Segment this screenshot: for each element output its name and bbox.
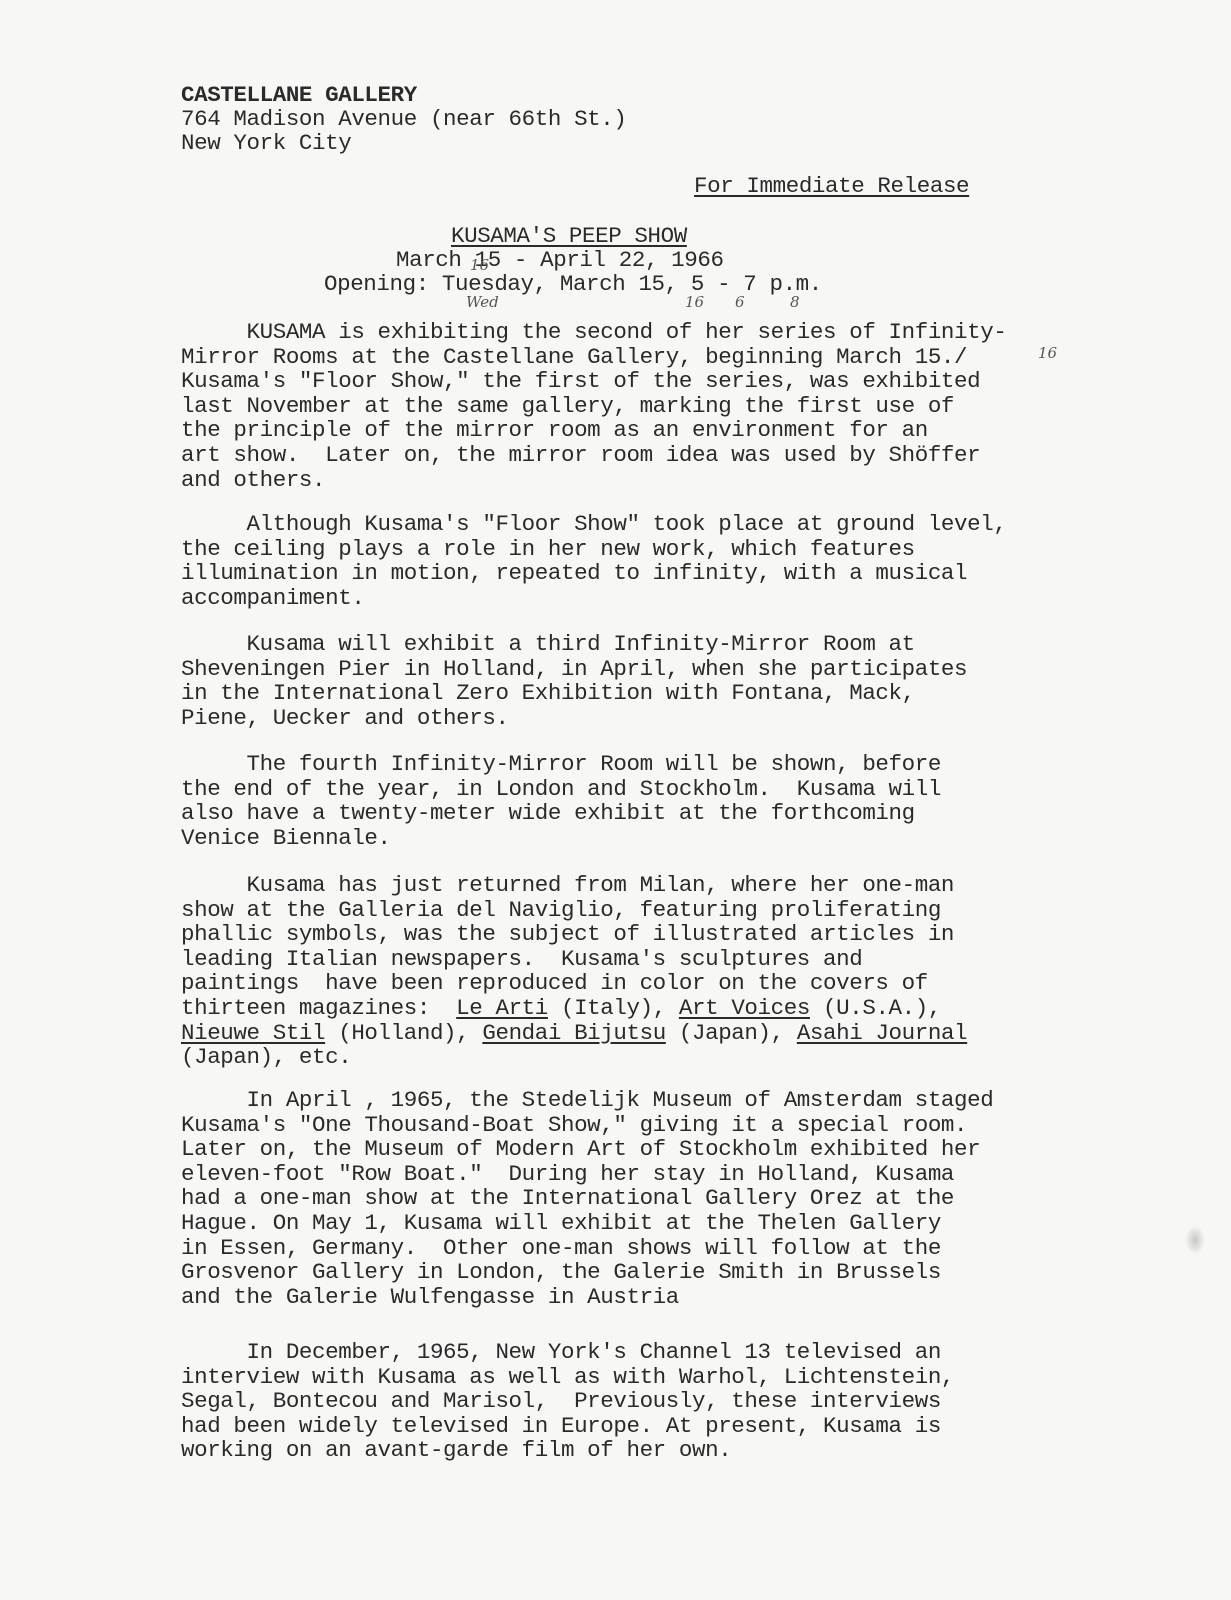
- text-line: Later on, the Museum of Modern Art of St…: [181, 1137, 993, 1162]
- text-line: The fourth Infinity-Mirror Room will be …: [181, 752, 941, 777]
- text-fragment: thirteen magazines:: [181, 995, 456, 1021]
- text-line: and others.: [181, 468, 1006, 493]
- text-line: interview with Kusama as well as with Wa…: [181, 1365, 954, 1390]
- magazine-title-art-voices: Art Voices: [679, 995, 810, 1021]
- paragraph-stedelijk: In April , 1965, the Stedelijk Museum of…: [181, 1088, 993, 1309]
- text-line: In December, 1965, New York's Channel 13…: [181, 1340, 954, 1365]
- text-line: the end of the year, in London and Stock…: [181, 777, 941, 802]
- release-label: For Immediate Release: [694, 174, 969, 199]
- text-line: Piene, Uecker and others.: [181, 706, 967, 731]
- text-line: also have a twenty-meter wide exhibit at…: [181, 801, 941, 826]
- text-fragment: (Japan),: [666, 1020, 797, 1046]
- text-line: Grosvenor Gallery in London, the Galerie…: [181, 1260, 993, 1285]
- opening-info: Opening: Tuesday, March 15, 5 - 7 p.m.: [324, 272, 822, 297]
- text-line: illumination in motion, repeated to infi…: [181, 561, 1006, 586]
- text-line: the ceiling plays a role in her new work…: [181, 537, 1006, 562]
- magazine-title-asahi-journal: Asahi Journal: [797, 1020, 967, 1046]
- gallery-city: New York City: [181, 131, 351, 156]
- text-line: Kusama's "Floor Show," the first of the …: [181, 369, 1006, 394]
- text-line: in the International Zero Exhibition wit…: [181, 681, 967, 706]
- text-line: working on an avant-garde film of her ow…: [181, 1438, 954, 1463]
- text-line: Kusama's "One Thousand-Boat Show," givin…: [181, 1113, 993, 1138]
- paragraph-milan: Kusama has just returned from Milan, whe…: [181, 873, 967, 1070]
- handwritten-correction-start-time: 6: [735, 293, 745, 311]
- text-line: KUSAMA is exhibiting the second of her s…: [181, 320, 1006, 345]
- text-line: had a one-man show at the International …: [181, 1186, 993, 1211]
- text-fragment: (Holland),: [325, 1020, 482, 1046]
- handwritten-correction-day: Wed: [466, 293, 499, 311]
- text-line: In April , 1965, the Stedelijk Museum of…: [181, 1088, 993, 1113]
- text-line: had been widely televised in Europe. At …: [181, 1414, 954, 1439]
- text-line: show at the Galleria del Naviglio, featu…: [181, 898, 967, 923]
- ink-smudge: [1185, 1225, 1205, 1255]
- text-fragment: (Italy),: [548, 995, 679, 1021]
- text-line: Segal, Bontecou and Marisol, Previously,…: [181, 1389, 954, 1414]
- text-line: (Japan), etc.: [181, 1045, 967, 1070]
- handwritten-correction-opening-date: 16: [685, 293, 704, 311]
- text-fragment: (U.S.A.),: [810, 995, 941, 1021]
- text-line: last November at the same gallery, marki…: [181, 394, 1006, 419]
- text-line: paintings have been reproduced in color …: [181, 971, 967, 996]
- text-line: accompaniment.: [181, 586, 1006, 611]
- text-line: the principle of the mirror room as an e…: [181, 418, 1006, 443]
- magazine-title-gendai-bijutsu: Gendai Bijutsu: [482, 1020, 665, 1046]
- text-line: phallic symbols, was the subject of illu…: [181, 922, 967, 947]
- paragraph-mirror-rooms: KUSAMA is exhibiting the second of her s…: [181, 320, 1006, 492]
- text-line: Mirror Rooms at the Castellane Gallery, …: [181, 345, 1006, 370]
- magazine-title-nieuwe-stil: Nieuwe Stil: [181, 1020, 325, 1046]
- text-line: Venice Biennale.: [181, 826, 941, 851]
- handwritten-correction-start-date: 16: [470, 256, 489, 274]
- paragraph-third-room: Kusama will exhibit a third Infinity-Mir…: [181, 632, 967, 730]
- gallery-name: CASTELLANE GALLERY: [181, 83, 417, 108]
- text-line: Kusama has just returned from Milan, whe…: [181, 873, 967, 898]
- handwritten-correction-body-date: 16: [1038, 344, 1057, 362]
- text-line: art show. Later on, the mirror room idea…: [181, 443, 1006, 468]
- text-line: Kusama will exhibit a third Infinity-Mir…: [181, 632, 967, 657]
- gallery-address: 764 Madison Avenue (near 66th St.): [181, 107, 626, 132]
- text-line: and the Galerie Wulfengasse in Austria: [181, 1285, 993, 1310]
- paragraph-fourth-room: The fourth Infinity-Mirror Room will be …: [181, 752, 941, 850]
- handwritten-correction-end-time: 8: [790, 293, 800, 311]
- text-line: Hague. On May 1, Kusama will exhibit at …: [181, 1211, 993, 1236]
- text-line: Sheveningen Pier in Holland, in April, w…: [181, 657, 967, 682]
- text-line: Although Kusama's "Floor Show" took plac…: [181, 512, 1006, 537]
- text-line: in Essen, Germany. Other one-man shows w…: [181, 1236, 993, 1261]
- press-release-page: CASTELLANE GALLERY 764 Madison Avenue (n…: [0, 0, 1231, 1600]
- magazine-title-le-arti: Le Arti: [456, 995, 548, 1021]
- paragraph-floor-show: Although Kusama's "Floor Show" took plac…: [181, 512, 1006, 610]
- text-line: eleven-foot "Row Boat." During her stay …: [181, 1162, 993, 1187]
- magazine-line: Nieuwe Stil (Holland), Gendai Bijutsu (J…: [181, 1021, 967, 1046]
- paragraph-channel-13: In December, 1965, New York's Channel 13…: [181, 1340, 954, 1463]
- exhibition-title: KUSAMA'S PEEP SHOW: [451, 224, 687, 249]
- exhibition-run-dates: March 15 - April 22, 1966: [396, 248, 724, 273]
- text-line: leading Italian newspapers. Kusama's scu…: [181, 947, 967, 972]
- magazine-line: thirteen magazines: Le Arti (Italy), Art…: [181, 996, 967, 1021]
